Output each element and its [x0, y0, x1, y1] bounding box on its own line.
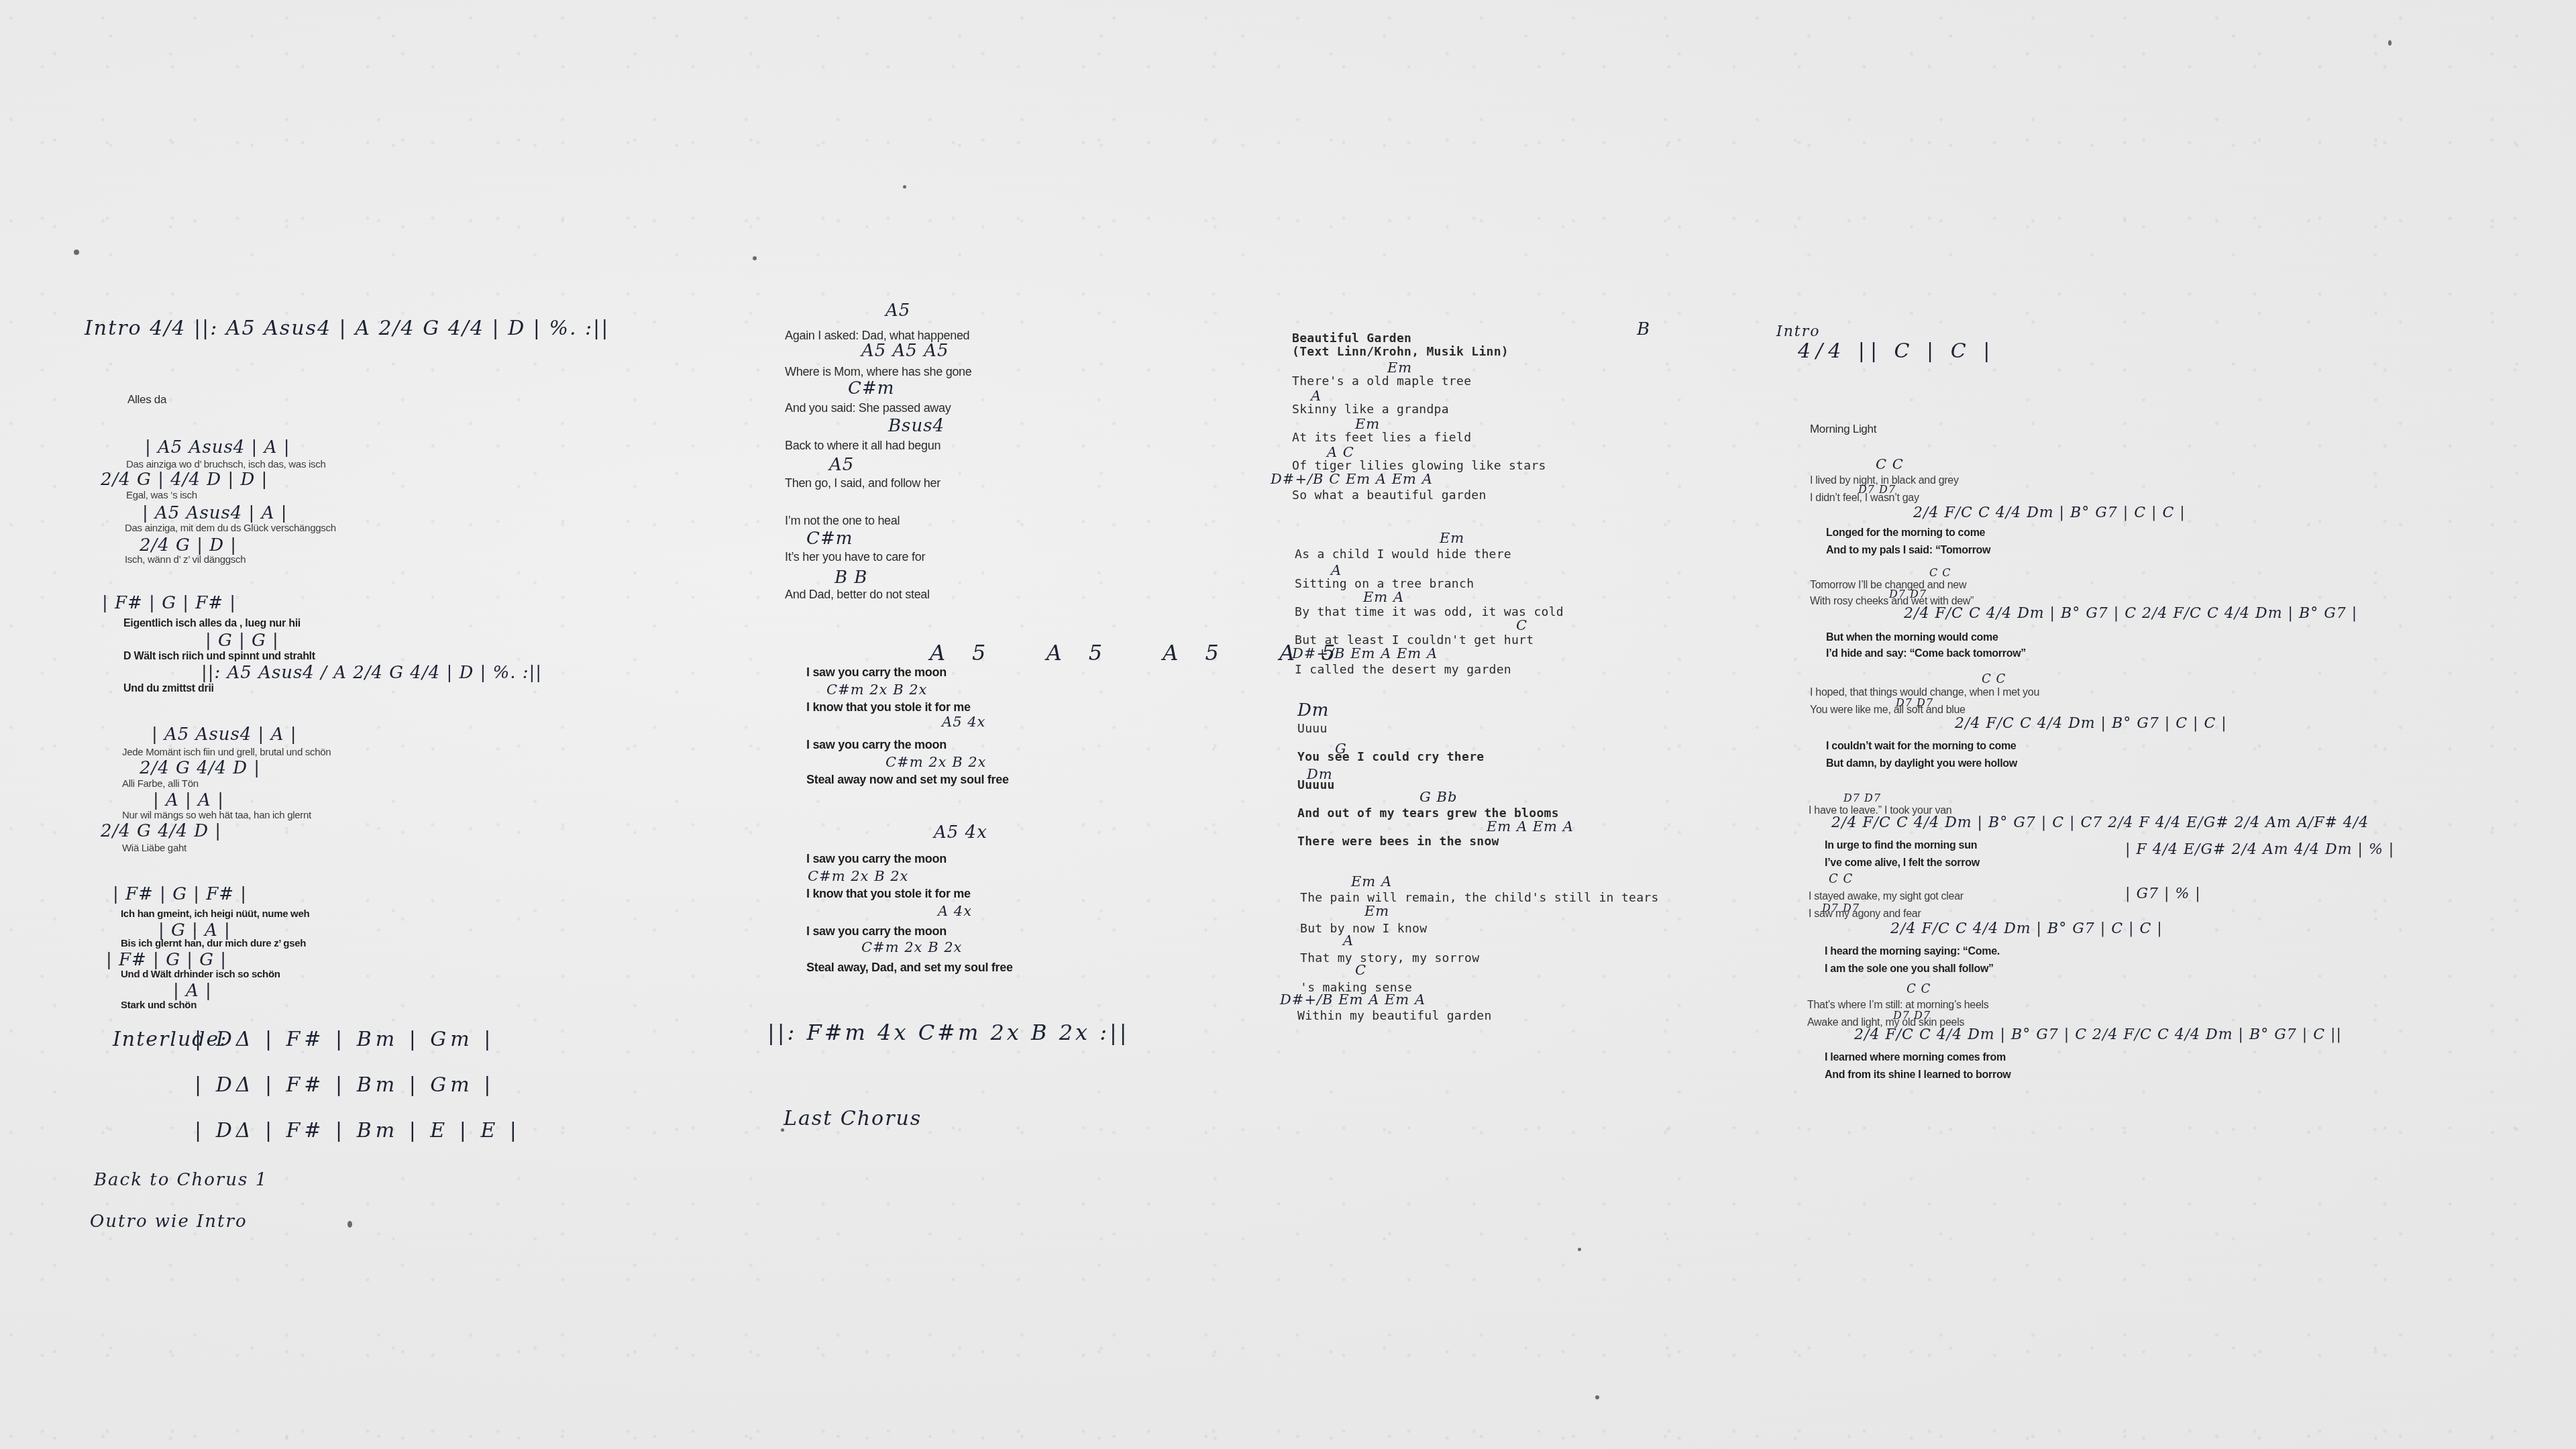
lyric-line: But by now I know [1300, 922, 1427, 936]
chord-line: C#m 2x B 2x [808, 868, 908, 884]
lyric-line: Back to where it all had begun [785, 439, 941, 453]
chord-line: | A5 Asus4 | A | [145, 437, 290, 458]
chord-line: A [1311, 388, 1322, 404]
chord-line: A5 [829, 455, 854, 475]
lyric-line: As a child I would hide there [1295, 547, 1511, 561]
back-to-chorus-note: Back to Chorus 1 [94, 1170, 268, 1190]
chord-line: | A | A | [153, 790, 224, 810]
chord-line: D#+/B C Em A Em A [1271, 471, 1433, 487]
lyric-line: The pain will remain, the child's still … [1300, 891, 1659, 905]
lyric-line: Bis ich glernt han, dur mich dure z’ gse… [121, 938, 306, 949]
lyric-line: It’s her you have to care for [785, 550, 925, 564]
lyric-line: I learned where morning comes from [1825, 1052, 2006, 1064]
chord-line: | A5 Asus4 | A | [142, 503, 287, 523]
chorus-chord-line: A5 4x [934, 822, 987, 843]
chord-line: | A5 Asus4 | A | [152, 724, 297, 745]
chord-line: C#m 2x B 2x [885, 754, 986, 770]
intro-chord-line: Intro 4/4 ||: A5 Asus4 | A 2/4 G 4/4 | D… [85, 317, 609, 340]
chord-line: A5 [885, 301, 910, 321]
chord-line: | G | G | [205, 631, 279, 651]
lyric-line: Wiä Liäbe gaht [122, 843, 186, 854]
chord-line: 2/4 G 4/4 D | [101, 821, 221, 841]
lyric-line: Eigentlich isch alles da , lueg nur hii [123, 618, 301, 630]
lyric-line: I saw my agony and fear [1809, 908, 1921, 920]
progression-line: 2/4 F/C C 4/4 Dm | B° G7 | C | C | [1890, 920, 2163, 937]
chord-line: A C [1327, 444, 1354, 460]
paper-speck [74, 250, 79, 255]
chord-line: Em [1440, 530, 1464, 546]
chord-line: A5 A5 A5 [861, 341, 949, 361]
outro-note: Outro wie Intro [90, 1212, 248, 1232]
chord-line: Em [1387, 360, 1412, 376]
lyric-line: At its feet lies a field [1292, 431, 1471, 445]
chord-line: Bsus4 [888, 416, 945, 436]
progression-line: 2/4 F/C C 4/4 Dm | B° G7 | C 2/4 F/C C 4… [1854, 1026, 2342, 1043]
paper-speck [753, 256, 757, 260]
lyric-line: Das ainziga wo d’ bruchsch, isch das, wa… [126, 459, 325, 470]
chord-line: A5 4x [942, 714, 985, 730]
chord-line: C C [1907, 982, 1931, 996]
chord-line: 2/4 G | 4/4 D | D | [101, 470, 268, 490]
chord-line: Em A [1363, 589, 1404, 605]
chord-line: C C [1876, 456, 1904, 472]
chord-line: ||: A5 Asus4 / A 2/4 G 4/4 | D | %. :|| [201, 663, 542, 683]
lyric-line: There were bees in the snow [1297, 835, 1499, 849]
interlude-row: | DΔ | F# | Bm | E | E | [195, 1119, 521, 1142]
chord-line: Em A [1351, 873, 1392, 890]
side-progression-line: | G7 | % | [2125, 885, 2201, 902]
chord-line: A [1331, 562, 1342, 578]
chord-line: D7 D7 [1843, 792, 1881, 804]
song-credits: (Text Linn/Krohn, Musik Linn) [1292, 345, 1509, 359]
chord-line: C [1355, 962, 1366, 978]
chord-line: 2/4 G 4/4 D | [140, 758, 260, 778]
chord-line: C C [1829, 872, 1853, 886]
chord-line: D#+/B Em A Em A [1292, 645, 1438, 661]
paper-speck [2388, 40, 2392, 46]
lyric-line: And you said: She passed away [785, 401, 951, 415]
lyric-line: In urge to find the morning sun [1825, 840, 1977, 852]
lyric-line: Where is Mom, where has she gone [785, 365, 972, 379]
chord-line: C C [1982, 672, 2006, 686]
chord-line: A [1343, 932, 1354, 949]
lyric-line: But damn, by daylight you were hollow [1826, 758, 2017, 770]
song-title: Morning Light [1810, 423, 1876, 436]
lyric-line: Longed for the morning to come [1826, 527, 1985, 539]
paper-speck [903, 185, 906, 189]
lyric-line: Skinny like a grandpa [1292, 402, 1449, 417]
lyric-line: You were like me, all soft and blue [1810, 704, 1966, 716]
lyric-line: And to my pals I said: “Tomorrow [1826, 545, 1990, 557]
corner-chord: B [1637, 319, 1650, 339]
chord-line: A 4x [938, 903, 972, 919]
progression-line: 2/4 F/C C 4/4 Dm | B° G7 | C 2/4 F/C C 4… [1904, 605, 2357, 622]
lyric-line: Stark und schön [121, 1000, 197, 1011]
lyric-line: There's a old maple tree [1292, 374, 1471, 388]
intro-label: Intro [1776, 323, 1820, 340]
lyric-line: I’ve come alive, I felt the sorrow [1825, 857, 1980, 869]
lyric-line: I know that you stole it for me [806, 887, 971, 901]
lyric-line: I’d hide and say: “Come back tomorrow” [1826, 648, 2026, 660]
lyric-line: Und du zmittst drii [123, 683, 214, 695]
lyric-line: Uuuu [1297, 722, 1328, 736]
lyric-line: Egal, was ‘s isch [126, 490, 197, 501]
last-chorus-note: Last Chorus [784, 1107, 922, 1130]
lyric-line: I saw you carry the moon [806, 738, 947, 752]
paper-speck [781, 1128, 784, 1132]
lyric-line: I know that you stole it for me [806, 700, 971, 714]
intro-chords: 4/4 || C | C | [1798, 339, 1995, 363]
side-progression-line: | F 4/4 E/G# 2/4 Am 4/4 Dm | % | [2125, 841, 2394, 858]
paper-speck [347, 1221, 352, 1228]
interlude-row: | DΔ | F# | Bm | Gm | [195, 1073, 494, 1097]
lyric-line: Ich han gmeint, ich heigi nüüt, nume weh [121, 908, 309, 920]
chord-line: Em [1355, 416, 1380, 432]
lyric-line: D Wält isch riich und spinnt und strahlt [123, 651, 315, 663]
chord-line: C#m [848, 378, 894, 398]
lyric-line: Then go, I said, and follow her [785, 476, 941, 490]
progression-line: 2/4 F/C C 4/4 Dm | B° G7 | C | C7 2/4 F … [1831, 814, 2369, 831]
lyric-line: Alli Farbe, alli Tön [122, 778, 199, 790]
chord-line: | A | [173, 981, 212, 1001]
chord-line: B B [835, 568, 867, 588]
lyric-line: That my story, my sorrow [1300, 951, 1479, 965]
progression-line: 2/4 F/C C 4/4 Dm | B° G7 | C | C | [1955, 715, 2227, 732]
chord-line: Em A Em A [1487, 818, 1574, 835]
lyric-line: Within my beautiful garden [1297, 1009, 1492, 1023]
paper-speck [1578, 1248, 1581, 1251]
lyric-line: I didn’t feel, I wasn’t gay [1810, 492, 1919, 504]
lyric-line: Tomorrow I’ll be changed and new [1810, 580, 1966, 592]
lyric-line: You see I could cry there [1297, 750, 1484, 764]
lyric-line: And Dad, better do not steal [785, 588, 930, 602]
lyric-line: I couldn’t wait for the morning to come [1826, 741, 2016, 753]
lyric-line: Steal away, Dad, and set my soul free [806, 961, 1013, 975]
chord-line: C#m [806, 529, 853, 549]
song-title: Alles da [127, 393, 166, 407]
lyric-sheet-collage: Intro 4/4 ||: A5 Asus4 | A 2/4 G 4/4 | D… [0, 0, 2576, 1449]
lyric-line: Isch, wänn d’ z’ vil dänggsch [125, 554, 246, 566]
lyric-line: I saw you carry the moon [806, 665, 947, 680]
chord-line: | F# | G | F# | [102, 593, 236, 613]
lyric-line: Uuuuu [1297, 778, 1335, 792]
chord-line: C#m 2x B 2x [861, 939, 962, 955]
chord-line: Dm [1297, 700, 1330, 720]
lyric-line: Steal away now and set my soul free [806, 773, 1009, 787]
lyric-line: I saw you carry the moon [806, 852, 947, 866]
bridge-repeat-chords: ||: F#m 4x C#m 2x B 2x :|| [767, 1020, 1130, 1045]
lyric-line: So what a beautiful garden [1292, 488, 1487, 502]
lyric-line: I called the desert my garden [1295, 663, 1511, 677]
lyric-line: I saw you carry the moon [806, 924, 947, 938]
interlude-row: | DΔ | F# | Bm | Gm | [195, 1028, 494, 1051]
lyric-line: Und d Wält drhinder isch so schön [121, 969, 280, 980]
lyric-line: I heard the morning saying: “Come. [1825, 946, 2000, 958]
chord-line: | F# | G | G | [106, 950, 227, 970]
chord-line: Em [1364, 903, 1389, 919]
lyric-line: I’m not the one to heal [785, 514, 900, 528]
lyric-line: I am the sole one you shall follow” [1825, 963, 1994, 975]
progression-line: 2/4 F/C C 4/4 Dm | B° G7 | C | C | [1913, 504, 2186, 521]
chord-line: C#m 2x B 2x [826, 682, 927, 698]
lyric-line: Jede Momänt isch fiin und grell, brutal … [122, 747, 331, 758]
chord-line: 2/4 G | D | [140, 535, 237, 555]
lyric-line: But when the morning would come [1826, 632, 1998, 644]
chord-line: D#+/B Em A Em A [1280, 991, 1426, 1008]
chord-line: | F# | G | F# | [113, 884, 247, 904]
lyric-line: And from its shine I learned to borrow [1825, 1069, 2011, 1081]
chord-line: C C [1929, 566, 1951, 579]
paper-speck [1595, 1395, 1599, 1399]
song-title: Beautiful Garden [1292, 331, 1411, 345]
lyric-line: Das ainziga, mit dem du ds Glück verschä… [125, 523, 336, 534]
chord-line: G Bb [1419, 789, 1457, 805]
chord-line: C [1516, 617, 1527, 633]
lyric-line: Nur wil mängs so weh hät taa, han ich gl… [122, 810, 311, 821]
